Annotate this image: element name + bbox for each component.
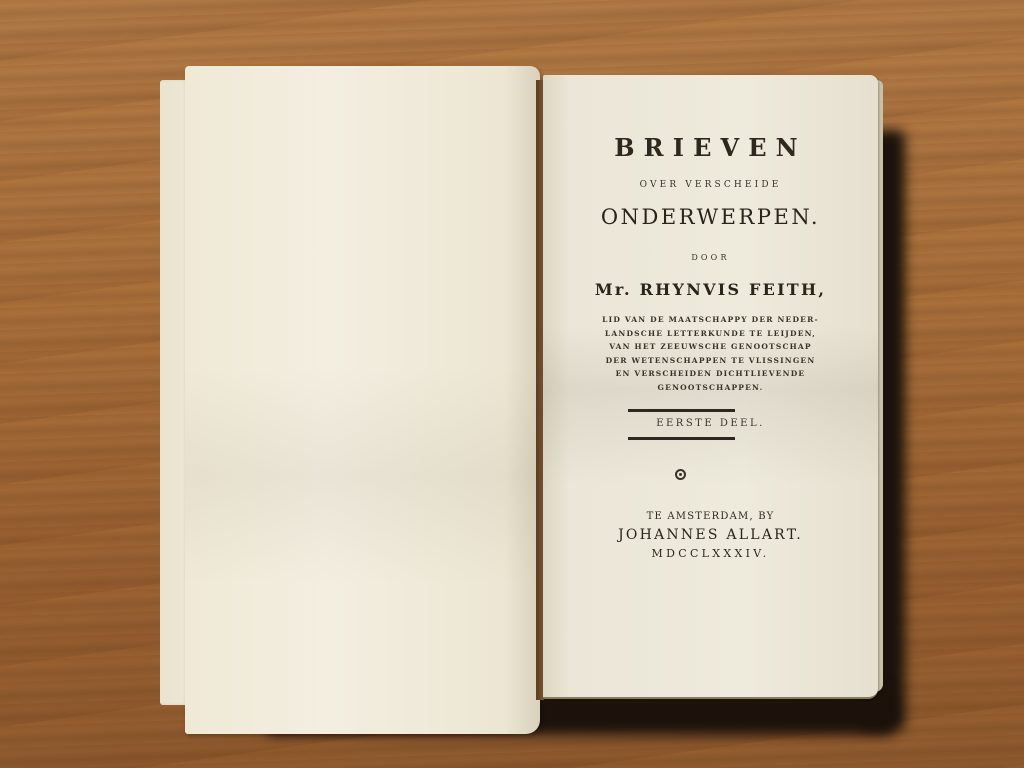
- book-subject: ONDERWERPEN.: [543, 205, 878, 229]
- rule-bottom: [628, 437, 735, 440]
- by-label: DOOR: [543, 253, 878, 262]
- affiliation-line: VAN HET ZEEUWSCHE GENOOTSCHAP: [563, 340, 858, 354]
- printer-ornament-icon: [675, 469, 686, 480]
- volume-label: EERSTE DEEL.: [543, 418, 878, 429]
- affiliation-line: GENOOTSCHAPPEN.: [563, 381, 858, 395]
- title-page: BRIEVEN OVER VERSCHEIDE ONDERWERPEN. DOO…: [543, 75, 878, 699]
- author-name: Mr. RHYNVIS FEITH,: [543, 280, 878, 299]
- left-blank-page: [185, 66, 540, 734]
- publication-year: MDCCLXXXIV.: [543, 547, 878, 560]
- imprint-place: TE AMSTERDAM, BY: [543, 511, 878, 522]
- affiliation-line: DER WETENSCHAPPEN TE VLISSINGEN: [563, 354, 858, 368]
- author-affiliations: LID VAN DE MAATSCHAPPY DER NEDER- LANDSC…: [543, 313, 878, 394]
- affiliation-line: LANDSCHE LETTERKUNDE TE LEIJDEN,: [563, 327, 858, 341]
- affiliation-line: EN VERSCHEIDEN DICHTLIEVENDE: [563, 367, 858, 381]
- publisher-name: JOHANNES ALLART.: [543, 527, 878, 543]
- book-subtitle: OVER VERSCHEIDE: [543, 180, 878, 190]
- rule-top: [628, 409, 735, 412]
- affiliation-line: LID VAN DE MAATSCHAPPY DER NEDER-: [563, 313, 858, 327]
- book-title: BRIEVEN: [543, 133, 878, 162]
